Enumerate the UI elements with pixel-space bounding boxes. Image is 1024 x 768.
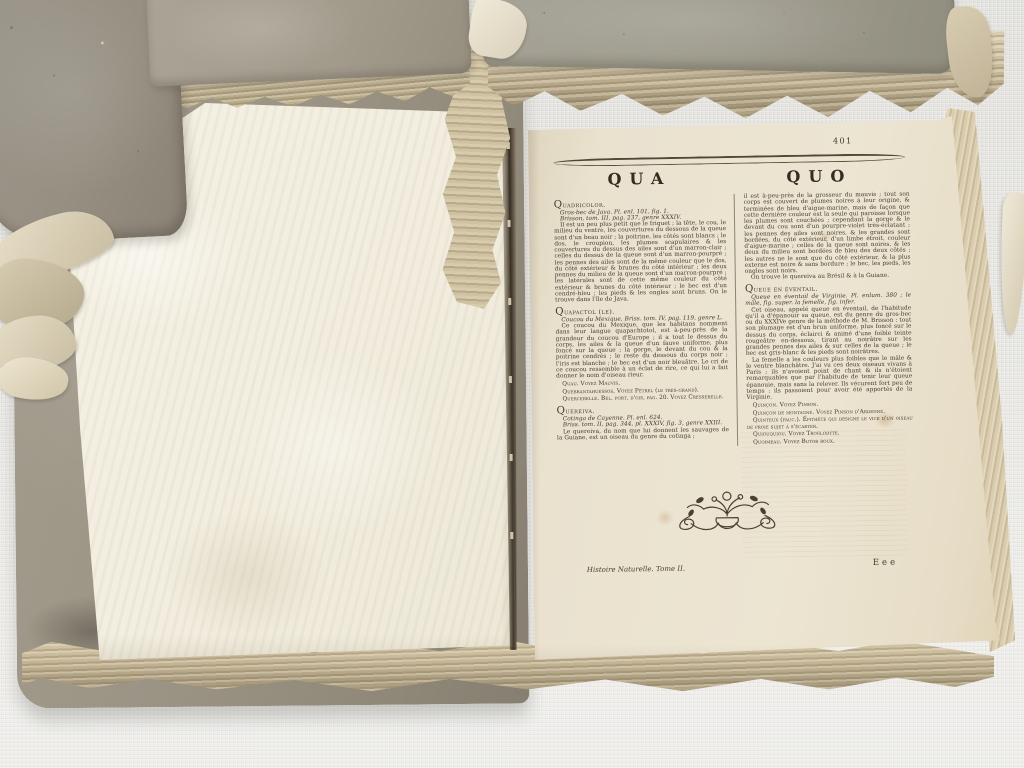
printed-page-content: 401 QUA QUO Quadricolor.Gros-bec de Java… — [537, 125, 926, 600]
text-columns: Quadricolor.Gros-bec de Java. Pl. enl. 1… — [554, 191, 913, 448]
entry-paragraph: La femelle a les couleurs plus foibles q… — [746, 355, 913, 401]
running-head-left: QUA — [553, 168, 725, 189]
footer-book-title: Histoire Naturelle. Tome II. — [587, 565, 685, 574]
floral-tailpiece-ornament-icon — [664, 475, 791, 537]
text-column-left: Quadricolor.Gros-bec de Java. Pl. enl. 1… — [554, 194, 730, 449]
page-number: 401 — [833, 136, 853, 145]
entry-paragraph: Ce coucou du Mexique, que les habitans n… — [555, 321, 728, 380]
running-heads: QUA QUO — [553, 166, 905, 190]
entry-paragraph: On trouve le quereiva au Brésil & à la G… — [745, 273, 911, 282]
header-double-rule — [553, 153, 905, 167]
entry-paragraph: Quercerelle. Bel. port. d'ois. pag. 20. … — [556, 394, 728, 403]
photo-scene: 401 QUA QUO Quadricolor.Gros-bec de Java… — [0, 0, 1024, 768]
quire-signature: Eee — [873, 558, 898, 568]
closed-book-top-right-cover — [483, 0, 954, 74]
running-head-right: QUO — [733, 166, 905, 187]
closed-book-middle-cover — [146, 0, 472, 87]
entry-paragraph: Il est un peu plus petit que le friquet … — [554, 220, 727, 304]
text-column-right: il est à-peu-près de la grosseur du mauv… — [734, 191, 914, 446]
entry-paragraph: Le quereiva, du nom que lui donnent les … — [557, 427, 729, 442]
entry-paragraph: Cet oiseau, appelé queue en éventail, de… — [745, 305, 912, 357]
entry-paragraph: il est à-peu-près de la grosseur du mauv… — [744, 191, 911, 275]
